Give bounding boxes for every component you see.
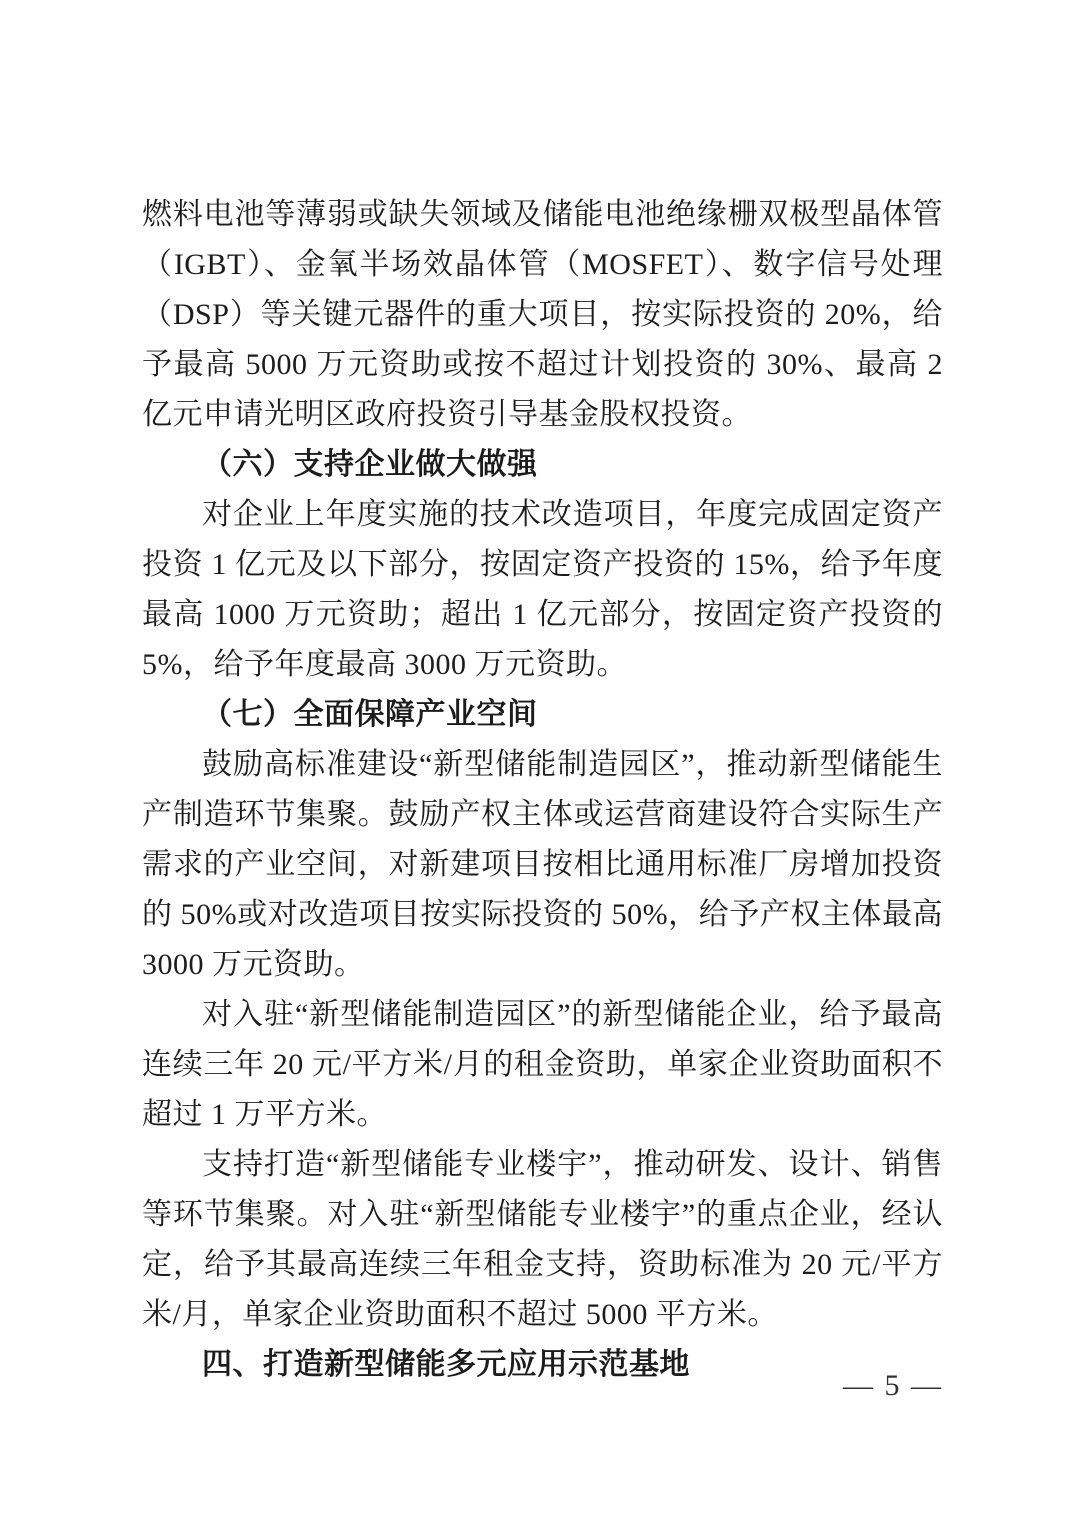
section-six-heading: （六）支持企业做大做强	[142, 440, 943, 490]
page-number: — 5 —	[0, 1369, 943, 1403]
section-seven-heading: （七）全面保障产业空间	[142, 690, 943, 740]
document-body: 燃料电池等薄弱或缺失领域及储能电池绝缘栅双极型晶体管（IGBT）、金氧半场效晶体…	[142, 190, 943, 1390]
section-seven-paragraph-industrial-space: 鼓励高标准建设“新型储能制造园区”，推动新型储能生产制造环节集聚。鼓励产权主体或…	[142, 740, 943, 990]
section-six-paragraph: 对企业上年度实施的技术改造项目，年度完成固定资产投资 1 亿元及以下部分，按固定…	[142, 490, 943, 690]
section-seven-paragraph-park-rent-subsidy: 对入驻“新型储能制造园区”的新型储能企业，给予最高连续三年 20 元/平方米/月…	[142, 990, 943, 1140]
section-seven-paragraph-building-rent-subsidy: 支持打造“新型储能专业楼宇”，推动研发、设计、销售等环节集聚。对入驻“新型储能专…	[142, 1140, 943, 1340]
document-page: 燃料电池等薄弱或缺失领域及储能电池绝缘栅双极型晶体管（IGBT）、金氧半场效晶体…	[0, 0, 1080, 1526]
paragraph-component-subsidy-continuation: 燃料电池等薄弱或缺失领域及储能电池绝缘栅双极型晶体管（IGBT）、金氧半场效晶体…	[142, 190, 943, 440]
